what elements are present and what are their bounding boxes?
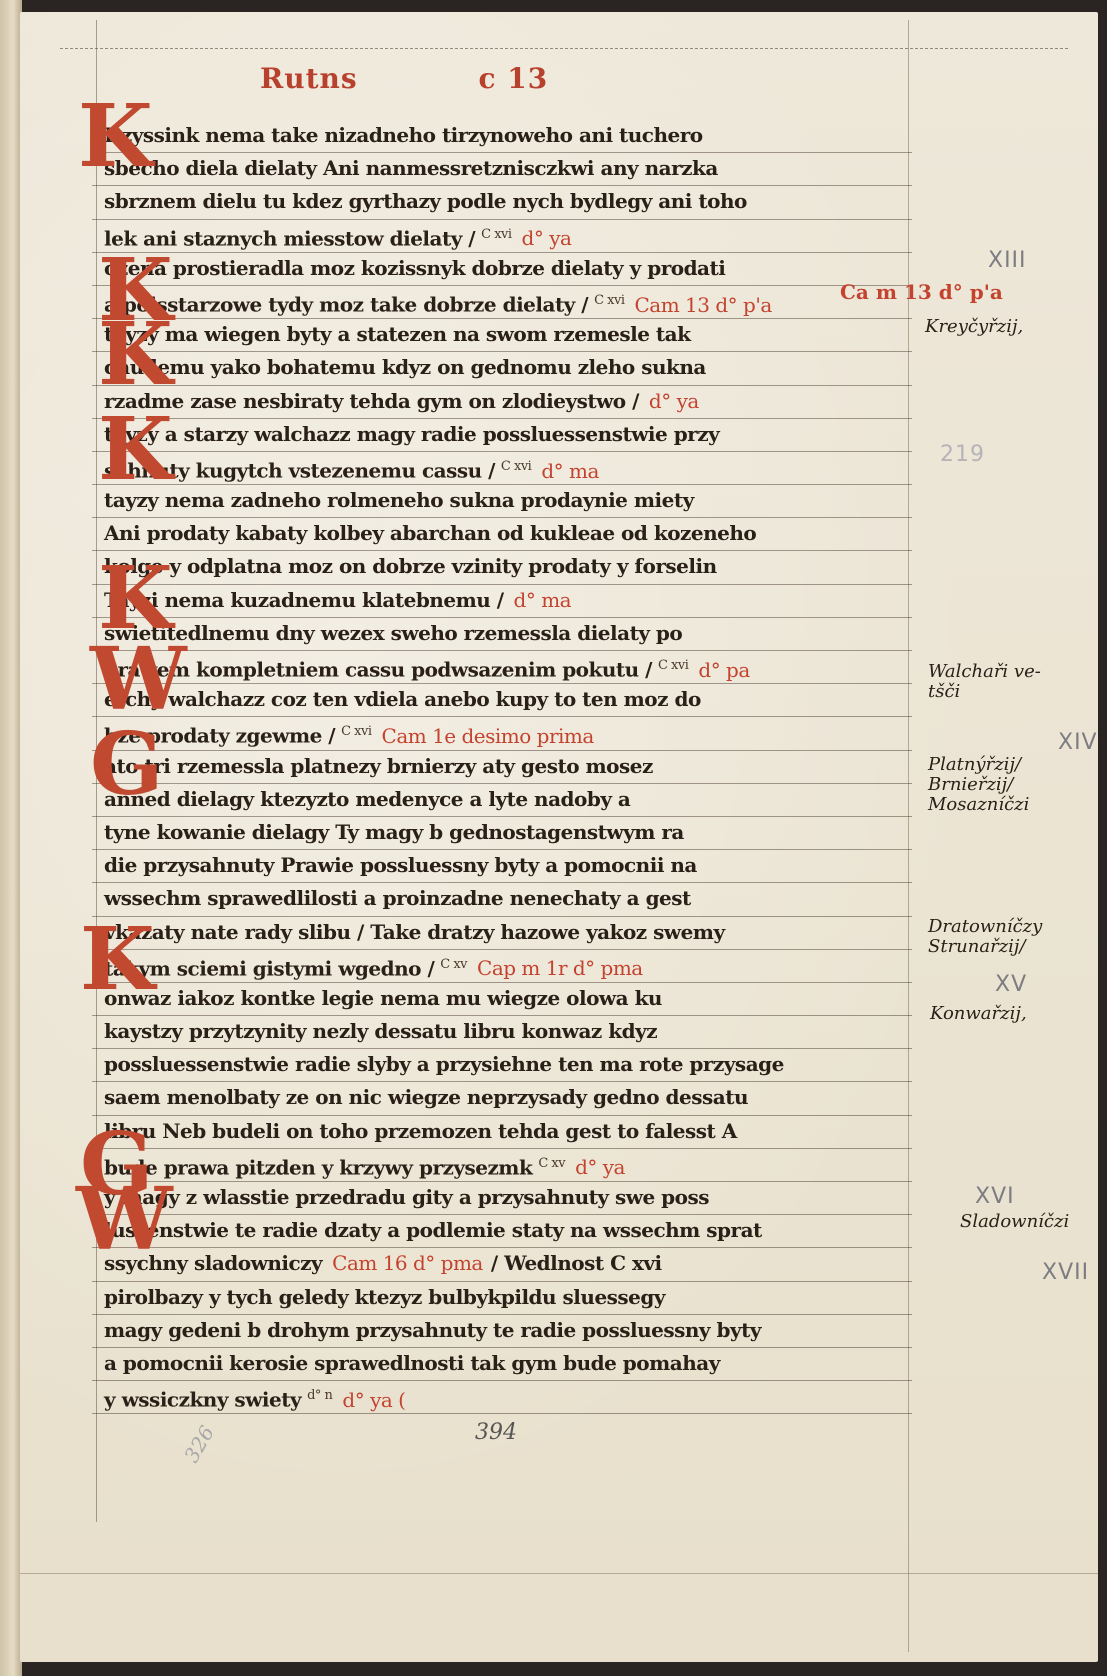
manuscript-page: Rutns c 13 Dzyssink nema take nizadneho … (20, 12, 1098, 1662)
pencil-roman-numeral: XVI (975, 1184, 1015, 1209)
decorated-initial: W (90, 637, 187, 723)
margin-note: Platnýřzij/ Brnieřzij/ Mosazníčzi (928, 755, 1029, 815)
text-line: ssychny sladowniczyCam 16 d° pma/ Wedlno… (92, 1248, 912, 1281)
text-line: tayzy ma wiegen byty a statezen na swom … (92, 319, 912, 352)
line-rubric: Cap m 1r d° pma (477, 956, 643, 980)
heading-title: Rutns (260, 62, 358, 95)
margin-note: Walchaři ve- tšči (928, 662, 1041, 702)
line-rubric: d° ya (522, 226, 572, 250)
line-rubric: Cam 16 d° pma (332, 1251, 483, 1275)
line-text: anned dielagy ktezyzto medenyce a lyte n… (104, 787, 630, 811)
line-text: saem menolbaty ze on nic wiegze neprzysa… (104, 1085, 748, 1109)
text-line: Dzyssink nema take nizadneho tirzynoweho… (92, 120, 912, 153)
top-ruling (60, 48, 1068, 49)
pencil-roman-numeral: XIII (988, 248, 1027, 273)
line-text: y wssiczkny swiety (104, 1388, 301, 1412)
text-line: a polsstarzowe tydy moz take dobrze diel… (92, 286, 912, 319)
text-line: onwaz iakoz kontke legie nema mu wiegze … (92, 983, 912, 1016)
text-line: a pomocnii kerosie sprawedlnosti tak gym… (92, 1348, 912, 1381)
text-line: Ani prodaty kabaty kolbey abarchan od ku… (92, 518, 912, 551)
line-reference: C xvi (481, 227, 511, 242)
line-text: tayzy a starzy walchazz magy radie possl… (104, 422, 719, 446)
line-text: Dzyssink nema take nizadneho tirzynoweho… (104, 123, 703, 147)
text-line: anned dielagy ktezyzto medenyce a lyte n… (92, 784, 912, 817)
text-line: tayzy nema zadneho rolmeneho sukna proda… (92, 485, 912, 518)
margin-rubric: Ca m 13 d° p'a (840, 280, 1003, 304)
text-line: bze prodaty zgewme /C xviCam 1e desimo p… (92, 717, 912, 750)
decorated-initial: G (90, 722, 163, 808)
decorated-initial: W (76, 1177, 173, 1263)
line-rubric: d° ma (541, 459, 599, 483)
text-line: y wssiczkny swietyd° nd° ya ( (92, 1381, 912, 1414)
line-rubric: d° ya (649, 389, 699, 413)
pencil-roman-numeral: XVII (1042, 1260, 1089, 1285)
faint-pencil-mark: 219 (940, 442, 985, 467)
text-line: kolge y odplatna moz on dobrze vzinity p… (92, 551, 912, 584)
line-text: possluessenstwie radie slyby a przysiehn… (104, 1052, 784, 1076)
margin-note: Kreyčyřzij, (925, 317, 1023, 337)
line-text: sbecho diela dielaty Ani nanmessretznisc… (104, 156, 718, 180)
line-tail: / Wedlnost C xvi (491, 1251, 662, 1275)
text-line: sbrznem dielu tu kdez gyrthazy podle nyc… (92, 186, 912, 219)
line-text: pirolbazy y tych geledy ktezyz bulbykpil… (104, 1285, 665, 1309)
decorated-initial: K (98, 407, 173, 493)
line-text: kaystzy przytzynity nezly dessatu libru … (104, 1019, 657, 1043)
line-reference: d° n (307, 1388, 332, 1403)
line-reference: C xv (440, 957, 467, 972)
text-line: takym sciemi gistymi wgedno /C xvCap m 1… (92, 950, 912, 983)
text-line: magy gedeni b drohym przysahnuty te radi… (92, 1315, 912, 1348)
line-reference: C xvi (501, 459, 531, 474)
line-text: a polsstarzowe tydy moz take dobrze diel… (104, 293, 588, 317)
running-heading: Rutns c 13 (260, 62, 658, 95)
line-text: die przysahnuty Prawie possluessny byty … (104, 853, 697, 877)
text-line: wssechm sprawedlilosti a proinzadne nene… (92, 883, 912, 916)
decorated-initial: K (80, 917, 155, 1003)
pencil-roman-numeral: XV (995, 972, 1027, 997)
text-line: y magy z wlasstie przedradu gity a przys… (92, 1182, 912, 1215)
text-line: ozena prostieradla moz kozissnyk dobrze … (92, 253, 912, 286)
bottom-ruling (20, 1573, 1098, 1574)
line-text: libru Neb budeli on toho przemozen tehda… (104, 1119, 737, 1143)
text-line: chudemu yako bohatemu kdyz on gednomu zl… (92, 352, 912, 385)
book-gutter (0, 0, 22, 1676)
line-text: onwaz iakoz kontke legie nema mu wiegze … (104, 986, 662, 1010)
text-line: lussenstwie te radie dzaty a podlemie st… (92, 1215, 912, 1248)
line-rubric: d° pa (698, 658, 749, 682)
line-text: rzadme zase nesbiraty tehda gym on zlodi… (104, 389, 639, 413)
decorated-initial: K (98, 312, 173, 398)
text-line: swietitedlnemu dny wezex sweho rzemessla… (92, 618, 912, 651)
heading-chapter: c 13 (478, 62, 548, 95)
line-text: chudemu yako bohatemu kdyz on gednomu zl… (104, 355, 706, 379)
margin-note: Dratowníčzy Strunařzij/ (928, 917, 1042, 957)
text-line: possluessenstwie radie slyby a przysiehn… (92, 1049, 912, 1082)
text-line: kaystzy przytzynity nezly dessatu libru … (92, 1016, 912, 1049)
line-reference: C xvi (341, 724, 371, 739)
text-line: tayzy a starzy walchazz magy radie possl… (92, 419, 912, 452)
pencil-roman-numeral: XIV (1058, 730, 1098, 755)
text-line: libru Neb budeli on toho przemozen tehda… (92, 1116, 912, 1149)
text-line: die przysahnuty Prawie possluessny byty … (92, 850, 912, 883)
text-line: vkazaty nate rady slibu / Take dratzy ha… (92, 917, 912, 950)
line-text: ozena prostieradla moz kozissnyk dobrze … (104, 256, 725, 280)
text-line: tyne kowanie dielagy Ty magy b gednostag… (92, 817, 912, 850)
line-text: a pomocnii kerosie sprawedlnosti tak gym… (104, 1351, 720, 1375)
line-text: etchy walchazz coz ten vdiela anebo kupy… (104, 687, 701, 711)
line-text: vkazaty nate rady slibu / Take dratzy ha… (104, 920, 725, 944)
line-rubric: d° ya ( (342, 1388, 405, 1412)
line-text: tayzy ma wiegen byty a statezen na swom … (104, 322, 690, 346)
text-line: lek ani staznych miesstow dielaty /C xvi… (92, 220, 912, 253)
line-reference: C xvi (594, 293, 624, 308)
line-rubric: Cam 13 d° p'a (635, 293, 772, 317)
line-rubric: Cam 1e desimo prima (382, 724, 594, 748)
line-text: kolge y odplatna moz on dobrze vzinity p… (104, 554, 717, 578)
line-text: tayzy nema zadneho rolmeneho sukna proda… (104, 488, 694, 512)
margin-note: Sladowníčzi (960, 1212, 1069, 1232)
faint-folio-number: 326 (179, 1421, 219, 1466)
line-rubric: d° ya (575, 1155, 625, 1179)
line-text: y magy z wlasstie przedradu gity a przys… (104, 1185, 709, 1209)
text-line: pirolbazy y tych geledy ktezyz bulbykpil… (92, 1282, 912, 1315)
line-rubric: d° ma (514, 588, 572, 612)
text-line: etchy walchazz coz ten vdiela anebo kupy… (92, 684, 912, 717)
folio-number: 394 (475, 1420, 517, 1445)
line-text: magy gedeni b drohym przysahnuty te radi… (104, 1318, 761, 1342)
text-line: rzadme zase nesbiraty tehda gym on zlodi… (92, 386, 912, 419)
text-line: sbecho diela dielaty Ani nanmessretznisc… (92, 153, 912, 186)
decorated-initial: K (78, 94, 153, 180)
text-line: sahnuty kugytch vstezenemu cassu /C xvid… (92, 452, 912, 485)
text-line: Tayzi nema kuzadnemu klatebnemu /d° ma (92, 585, 912, 618)
line-text: Ani prodaty kabaty kolbey abarchan od ku… (104, 521, 756, 545)
line-text: ato tri rzemessla platnezy brnierzy aty … (104, 754, 653, 778)
margin-note: Konwařzij, (930, 1004, 1027, 1024)
text-line: prawem kompletniem cassu podwsazenim pok… (92, 651, 912, 684)
text-line: bude prawa pitzden y krzywy przysezmkC x… (92, 1149, 912, 1182)
line-text: lussenstwie te radie dzaty a podlemie st… (104, 1218, 762, 1242)
line-text: sbrznem dielu tu kdez gyrthazy podle nyc… (104, 189, 747, 213)
line-reference: C xvi (658, 658, 688, 673)
line-text: wssechm sprawedlilosti a proinzadne nene… (104, 886, 691, 910)
text-block: Dzyssink nema take nizadneho tirzynoweho… (92, 120, 912, 1414)
text-line: ato tri rzemessla platnezy brnierzy aty … (92, 751, 912, 784)
line-text: swietitedlnemu dny wezex sweho rzemessla… (104, 621, 682, 645)
line-reference: C xv (538, 1156, 565, 1171)
line-text: tyne kowanie dielagy Ty magy b gednostag… (104, 820, 684, 844)
text-line: saem menolbaty ze on nic wiegze neprzysa… (92, 1082, 912, 1115)
